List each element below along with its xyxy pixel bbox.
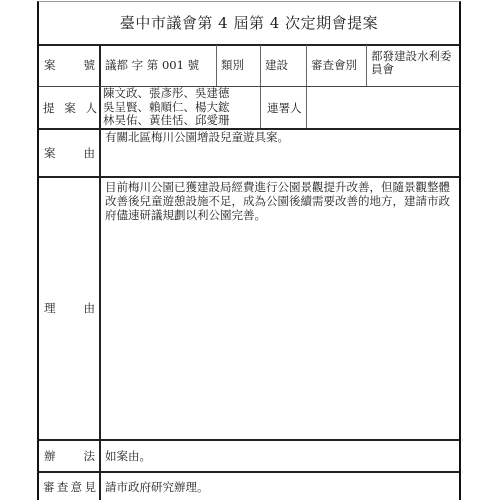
label-char: 法 xyxy=(84,450,96,463)
case-number-label: 案 號 xyxy=(39,45,100,86)
proposers-label: 提 案 人 xyxy=(39,87,100,129)
category-label: 類別 xyxy=(217,45,260,86)
reason-line: 目前梅川公園已獲建設局經費進行公園景觀提升改善，但隨景觀整體 xyxy=(105,180,455,194)
proposal-form: 臺中市議會第 4 屆第 4 次定期會提案 案 號 議都 字 第 001 號 類別… xyxy=(37,1,461,500)
label-char: 案 xyxy=(44,59,56,72)
subject-value: 有關北區梅川公園增設兒童遊具案。 xyxy=(101,129,459,175)
subject-label: 案 由 xyxy=(39,130,100,176)
method-value: 如案由。 xyxy=(101,441,459,471)
proposers-line: 吳呈賢、賴順仁、楊大鋐 xyxy=(103,101,259,115)
proposers-line: 林昊佑、黃佳恬、邱愛珊 xyxy=(103,114,259,128)
label-char: 案 xyxy=(44,147,56,160)
reason-value: 目前梅川公園已獲建設局經費進行公園景觀提升改善，但隨景觀整體 改善後兒童遊憩設施… xyxy=(101,178,459,439)
label-char: 人 xyxy=(86,102,98,115)
method-label: 辦 法 xyxy=(39,441,100,471)
label-char: 由 xyxy=(84,302,96,315)
review-opinion-value: 請市政府研究辦理。 xyxy=(101,473,459,500)
proposers-list: 陳文政、張彥彤、吳建德 吳呈賢、賴順仁、楊大鋐 林昊佑、黃佳恬、邱愛珊 xyxy=(103,87,259,129)
category-value: 建設 xyxy=(261,45,306,86)
reason-line: 府儘速研議規劃以利公園完善。 xyxy=(105,208,455,222)
label-char: 由 xyxy=(84,147,96,160)
document-title: 臺中市議會第 4 屆第 4 次定期會提案 xyxy=(39,2,459,44)
review-committee-value: 都發建設水利委員會 xyxy=(367,48,459,86)
label-char: 辦 xyxy=(44,450,56,463)
label-char: 提 xyxy=(43,102,55,115)
label-char: 見 xyxy=(84,481,96,494)
label-char: 查 xyxy=(57,481,69,494)
label-char: 號 xyxy=(84,59,96,72)
review-committee-label: 審查會別 xyxy=(307,45,366,86)
case-number-value: 議都 字 第 001 號 xyxy=(101,45,216,86)
cosigners-label: 連署人 xyxy=(261,87,306,129)
cosigners-value xyxy=(307,87,459,129)
review-opinion-label: 審 查 意 見 xyxy=(39,473,100,500)
reason-label: 理 由 xyxy=(39,178,100,439)
label-char: 案 xyxy=(64,102,76,115)
proposers-line: 陳文政、張彥彤、吳建德 xyxy=(103,87,259,101)
label-char: 意 xyxy=(71,481,83,494)
reason-line: 改善後兒童遊憩設施不足，成為公園後續需要改善的地方，建請市政 xyxy=(105,194,455,208)
label-char: 理 xyxy=(44,302,56,315)
label-char: 審 xyxy=(43,481,55,494)
